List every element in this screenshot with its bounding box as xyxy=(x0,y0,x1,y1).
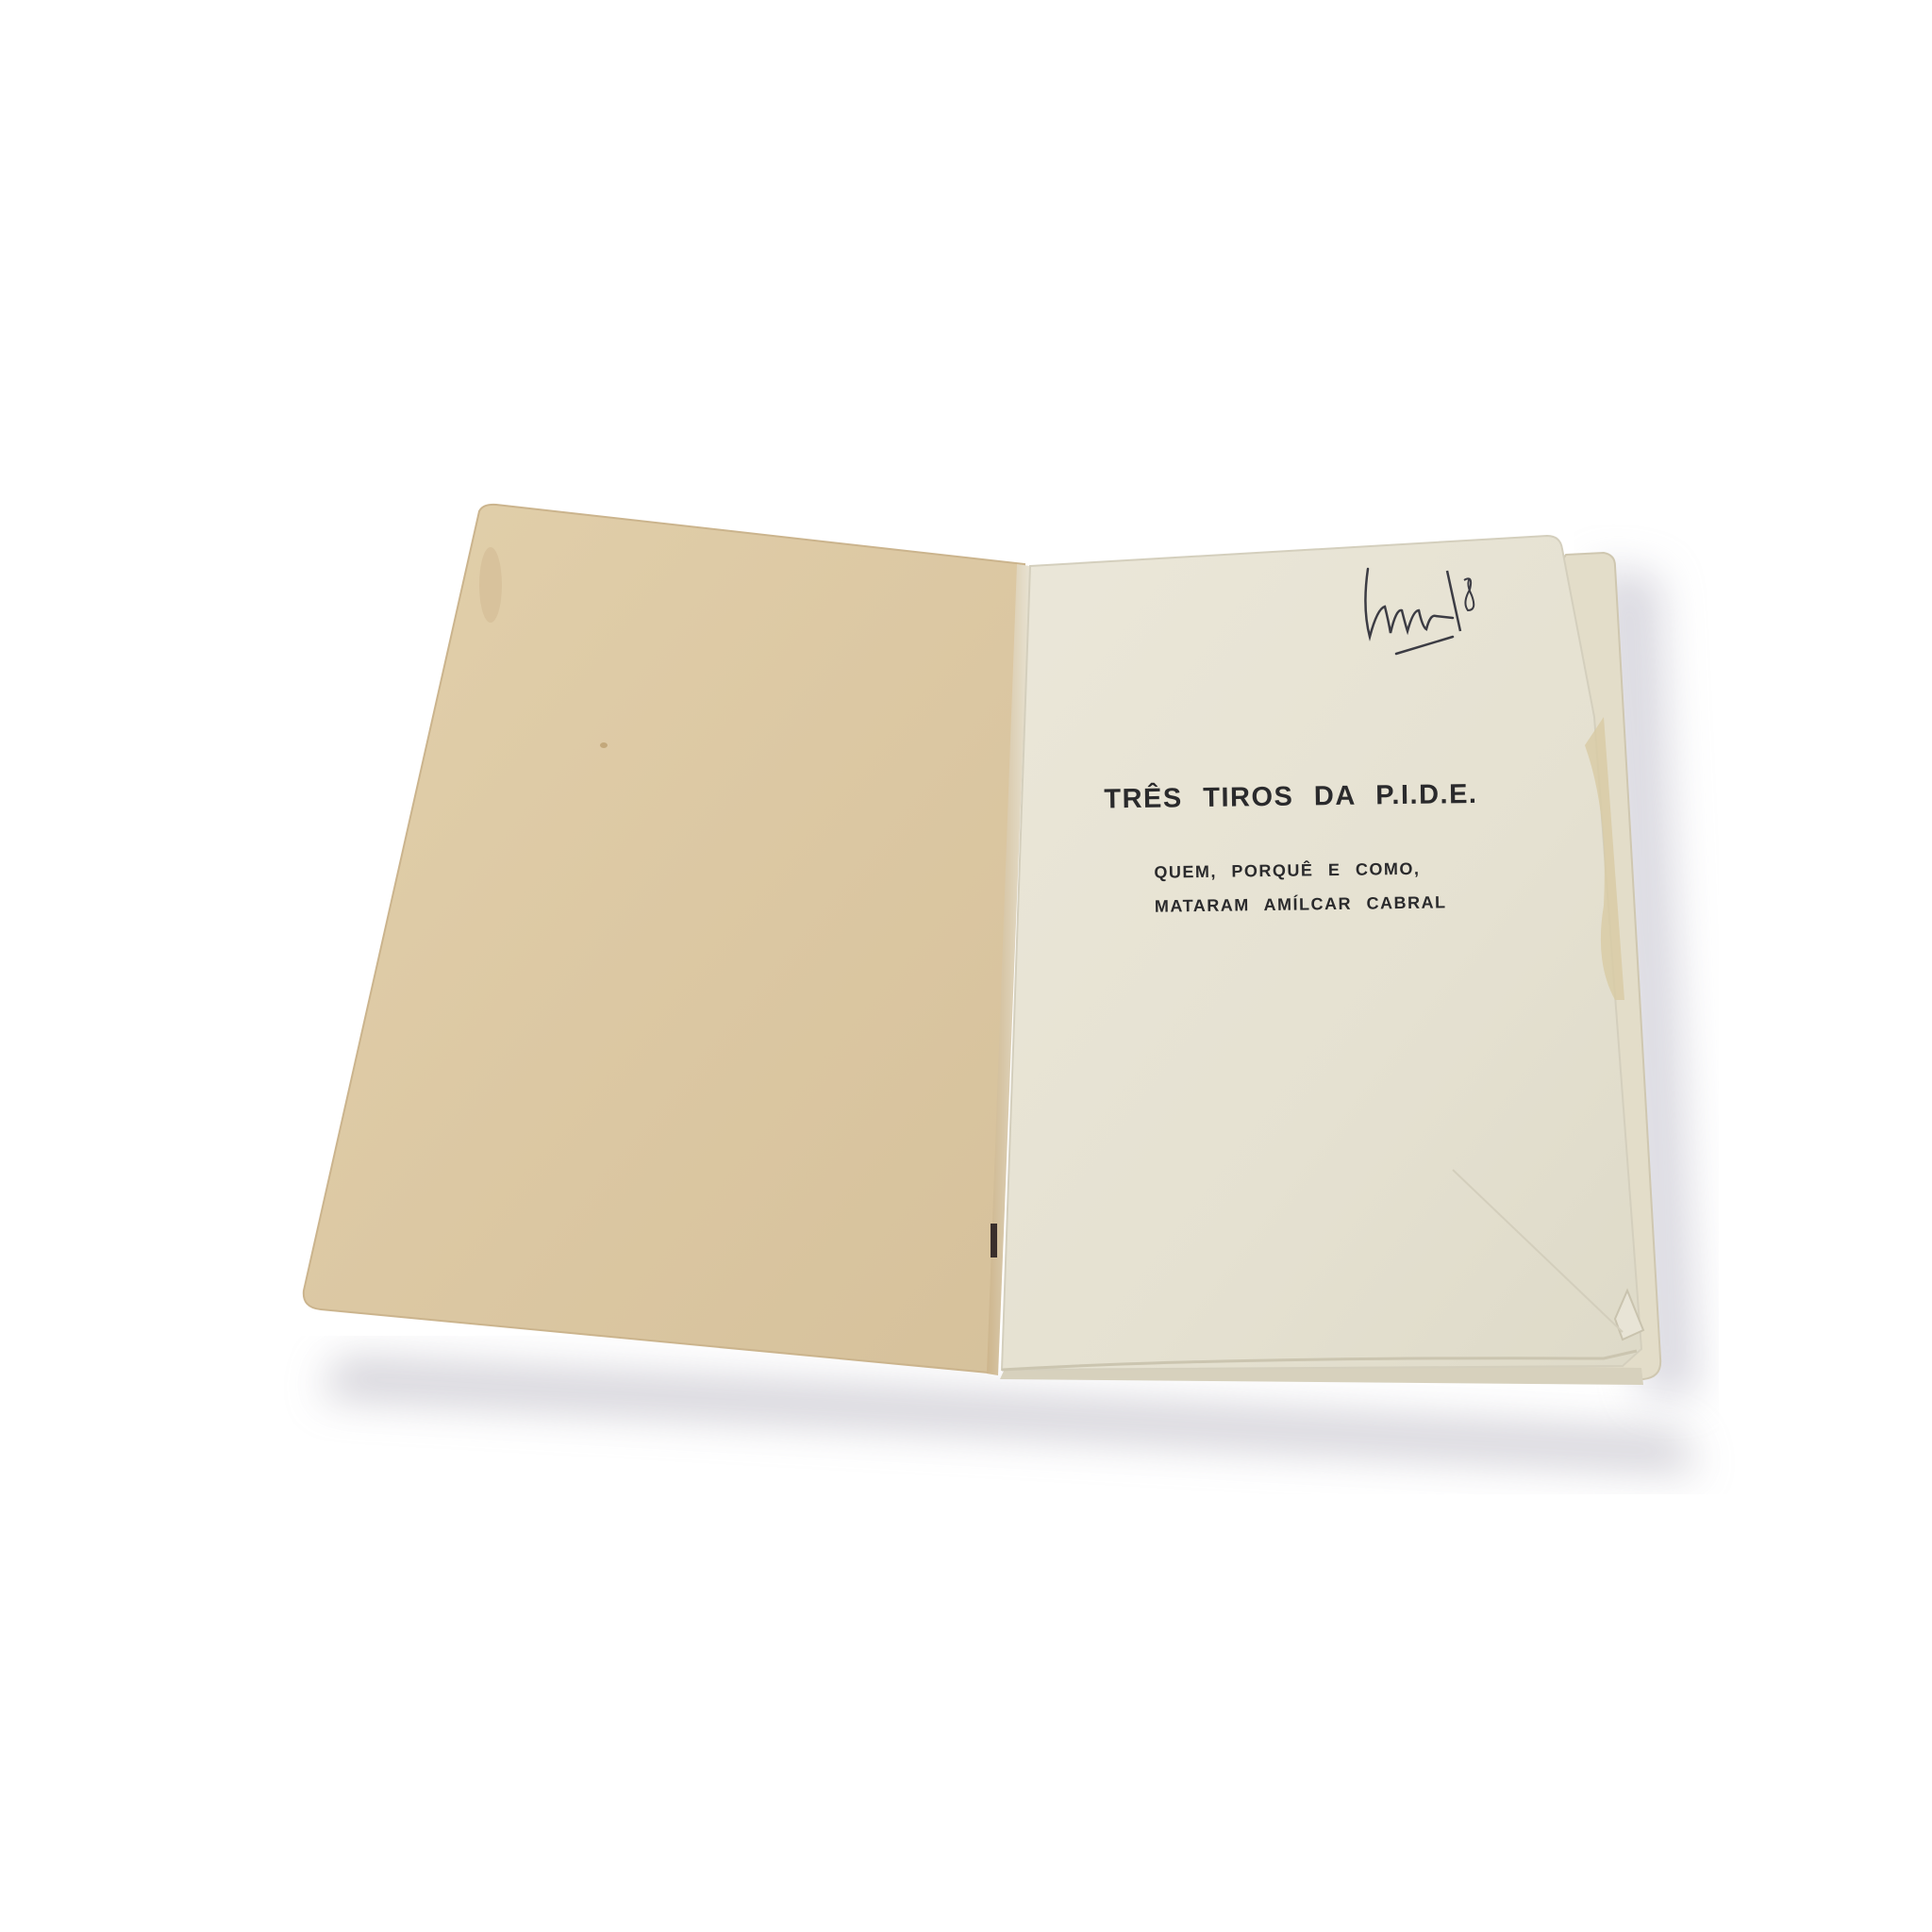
subtitle-line-2: MATARAM AMÍLCAR CABRAL xyxy=(1155,885,1447,923)
photo-scene: TRÊS TIROS DA P.I.D.E. QUEM, PORQUÊ E CO… xyxy=(0,0,1932,1932)
open-book xyxy=(0,0,1932,1932)
book-subtitle: QUEM, PORQUÊ E COMO, MATARAM AMÍLCAR CAB… xyxy=(1154,851,1447,923)
left-page xyxy=(304,505,1024,1373)
book-title: TRÊS TIROS DA P.I.D.E. xyxy=(1104,779,1478,816)
right-page xyxy=(1002,536,1641,1370)
handwritten-signature xyxy=(1349,552,1509,656)
staple xyxy=(991,1224,997,1257)
subtitle-line-1: QUEM, PORQUÊ E COMO, xyxy=(1154,851,1446,889)
